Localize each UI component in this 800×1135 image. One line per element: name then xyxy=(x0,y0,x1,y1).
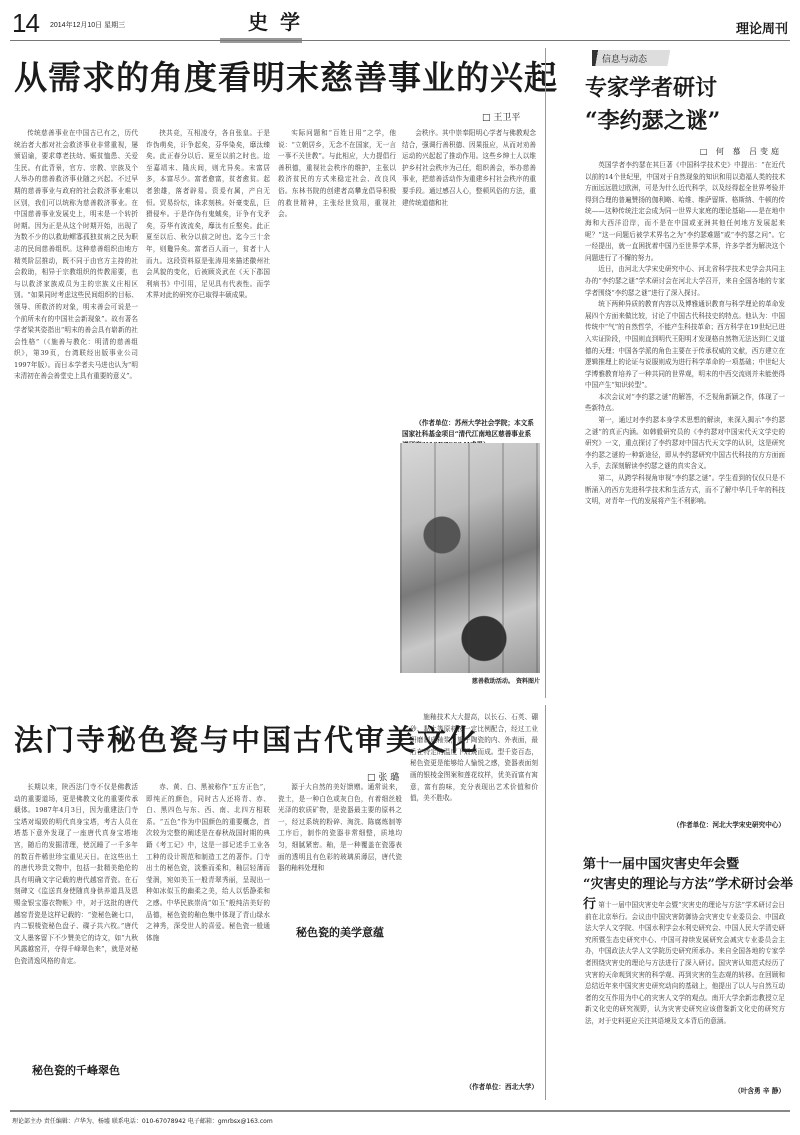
sidebar-paragraph: 近日，由河北大学宋史研究中心、河北省科学技术史学会共同主办的“李约瑟之谜”学术研… xyxy=(585,264,785,299)
sidebar-title-line2: “李约瑟之谜” xyxy=(585,105,720,138)
article2-col4-text: 施釉技术大大提高，以长石、石英、硼砂、黏土等原料按一定比例配合，经过工业研磨制成… xyxy=(410,712,538,805)
article2-subhead-2: 秘色瓷的美学意蕴 xyxy=(278,924,402,940)
article1-column-2: 挟共竞，互相凌夺，各自张皇。于是诈伪萌矣，讦争起矣，芬华染矣，靡汰臻矣。此正春分… xyxy=(146,128,270,703)
article1-col3-text: 实际问题和“百姓日用”之学，他说：“立朝居乡，无念不在国家，无一言一事不关世教”… xyxy=(278,128,396,221)
issue-date: 2014年12月10日 星期三 xyxy=(50,20,125,30)
article2-col3-text: 源于大自然的美好馈赠。通常说来，瓷土，是一种白色或灰白色，有着细丝般光泽的软质矿… xyxy=(278,782,402,875)
article2-col1-text: 长期以来，陕西法门寺不仅是佛教活动的重要道场，更是佛教文化的重要传承载体。198… xyxy=(14,782,138,968)
article1-col1-text: 传统慈善事业在中国古已有之，历代统治者大都对社会救济事业非常重视，屡颁诏谕，要求… xyxy=(14,128,138,383)
article2-column-3: 源于大自然的美好馈赠。通常说来，瓷土，是一种白色或灰白色，有着细丝般光泽的软质矿… xyxy=(278,782,402,912)
article2-column-4: 施釉技术大大提高，以长石、石英、硼砂、黏土等原料按一定比例配合，经过工业研磨制成… xyxy=(410,712,538,1072)
footer-info: 理论部主办 责任编辑：卢华为、杨墟 联系电话：010-67078942 电子邮箱… xyxy=(12,1116,273,1125)
charity-illustration-image xyxy=(400,443,540,673)
column-divider xyxy=(545,705,546,1100)
article1-column-1: 传统慈善事业在中国古已有之，历代统治者大都对社会救济事业非常重视，屡颁诏谕，要求… xyxy=(14,128,138,703)
sidebar-title: 专家学者研讨 “李约瑟之谜” xyxy=(585,72,720,138)
article1-column-4: 会秩序。其中崇奉阳明心学者与佛教观念结合，强调行善积德、因果报应，从而对劝善运动… xyxy=(402,128,536,418)
header-rule xyxy=(10,40,790,41)
sidebar-paragraph: 统下两种异质的教育内容以及博雅通识教育与科学理论的革命发展四个方面来做比较，讨论… xyxy=(585,299,785,392)
sidebar-paragraph: 第一，通过对李约瑟本身学术思想的解读，来深入揭示“李约瑟之谜”的真正内涵。如韩毅… xyxy=(585,415,785,473)
brief-title-line1: 第十一届中国灾害史年会暨 xyxy=(583,855,800,875)
article1-author: □ 王卫平 xyxy=(482,110,520,123)
column-divider xyxy=(545,48,546,698)
sidebar-paragraph: 本次会议对“李约瑟之谜”的解答，不乏视角新颖之作，体现了一些新特点。 xyxy=(585,392,785,415)
article2-subhead-1: 秘色瓷的千峰翠色 xyxy=(14,1062,138,1078)
section-title: 史学 xyxy=(240,6,320,35)
sidebar-body: 英国学者李约瑟在其巨著《中国科学技术史》中提出：“在近代以前的14个世纪里，中国… xyxy=(585,160,785,790)
article2-column-1: 长期以来，陕西法门寺不仅是佛教活动的重要道场，更是佛教文化的重要传承载体。198… xyxy=(14,782,138,1042)
news-tag-label: 信息与动态 xyxy=(602,52,647,65)
brief-text: 第十一届中国灾害史年会暨“灾害史的理论与方法”学术研讨会日前在北京举行。会议由中… xyxy=(585,900,785,1028)
sidebar-author-note: （作者单位：河北大学宋史研究中心） xyxy=(640,820,785,831)
sidebar-paragraph: 英国学者李约瑟在其巨著《中国科学技术史》中提出：“在近代以前的14个世纪里，中国… xyxy=(585,160,785,264)
article2-column-2: 赤、黄、白、黑被称作“五方正色”，即纯正的颜色，同时古人还将青、赤、白、黑四色与… xyxy=(146,782,270,1087)
publication-brand: 理论周刊 xyxy=(736,18,788,37)
footer-rule xyxy=(10,1110,790,1112)
brief-signature: （叶含勇 辛 静） xyxy=(680,1086,785,1097)
sidebar-paragraph: 第二，从跨学科视角审视“李约瑟之谜”。学生看到的仅仅只是不断涌入的西方先进科学技… xyxy=(585,473,785,508)
page-number: 14 xyxy=(12,8,39,39)
article1-col4-text: 会秩序。其中崇奉阳明心学者与佛教观念结合，强调行善积德、因果报应，从而对劝善运动… xyxy=(402,128,536,209)
article1-col2-text: 挟共竞，互相凌夺，各自张皇。于是诈伪萌矣，讦争起矣，芬华染矣，靡汰臻矣。此正春分… xyxy=(146,128,270,302)
sidebar-author: □ 何 慕 吕变庭 xyxy=(700,146,782,157)
article2-col2-text: 赤、黄、白、黑被称作“五方正色”，即纯正的颜色，同时古人还将青、赤、白、黑四色与… xyxy=(146,782,270,944)
article1-column-3: 实际问题和“百姓日用”之学，他说：“立朝居乡，无念不在国家，无一言一事不关世教”… xyxy=(278,128,396,703)
article1-title: 从需求的角度看明末慈善事业的兴起 xyxy=(14,52,558,99)
image-caption: 慈善救助活动。 资料图片 xyxy=(400,676,540,685)
sidebar-title-line1: 专家学者研讨 xyxy=(585,72,720,105)
brief-body: 第十一届中国灾害史年会暨“灾害史的理论与方法”学术研讨会日前在北京举行。会议由中… xyxy=(585,900,785,1090)
article2-author-note: （作者单位：西北大学） xyxy=(420,1082,538,1093)
news-tag: 信息与动态 xyxy=(592,50,687,66)
